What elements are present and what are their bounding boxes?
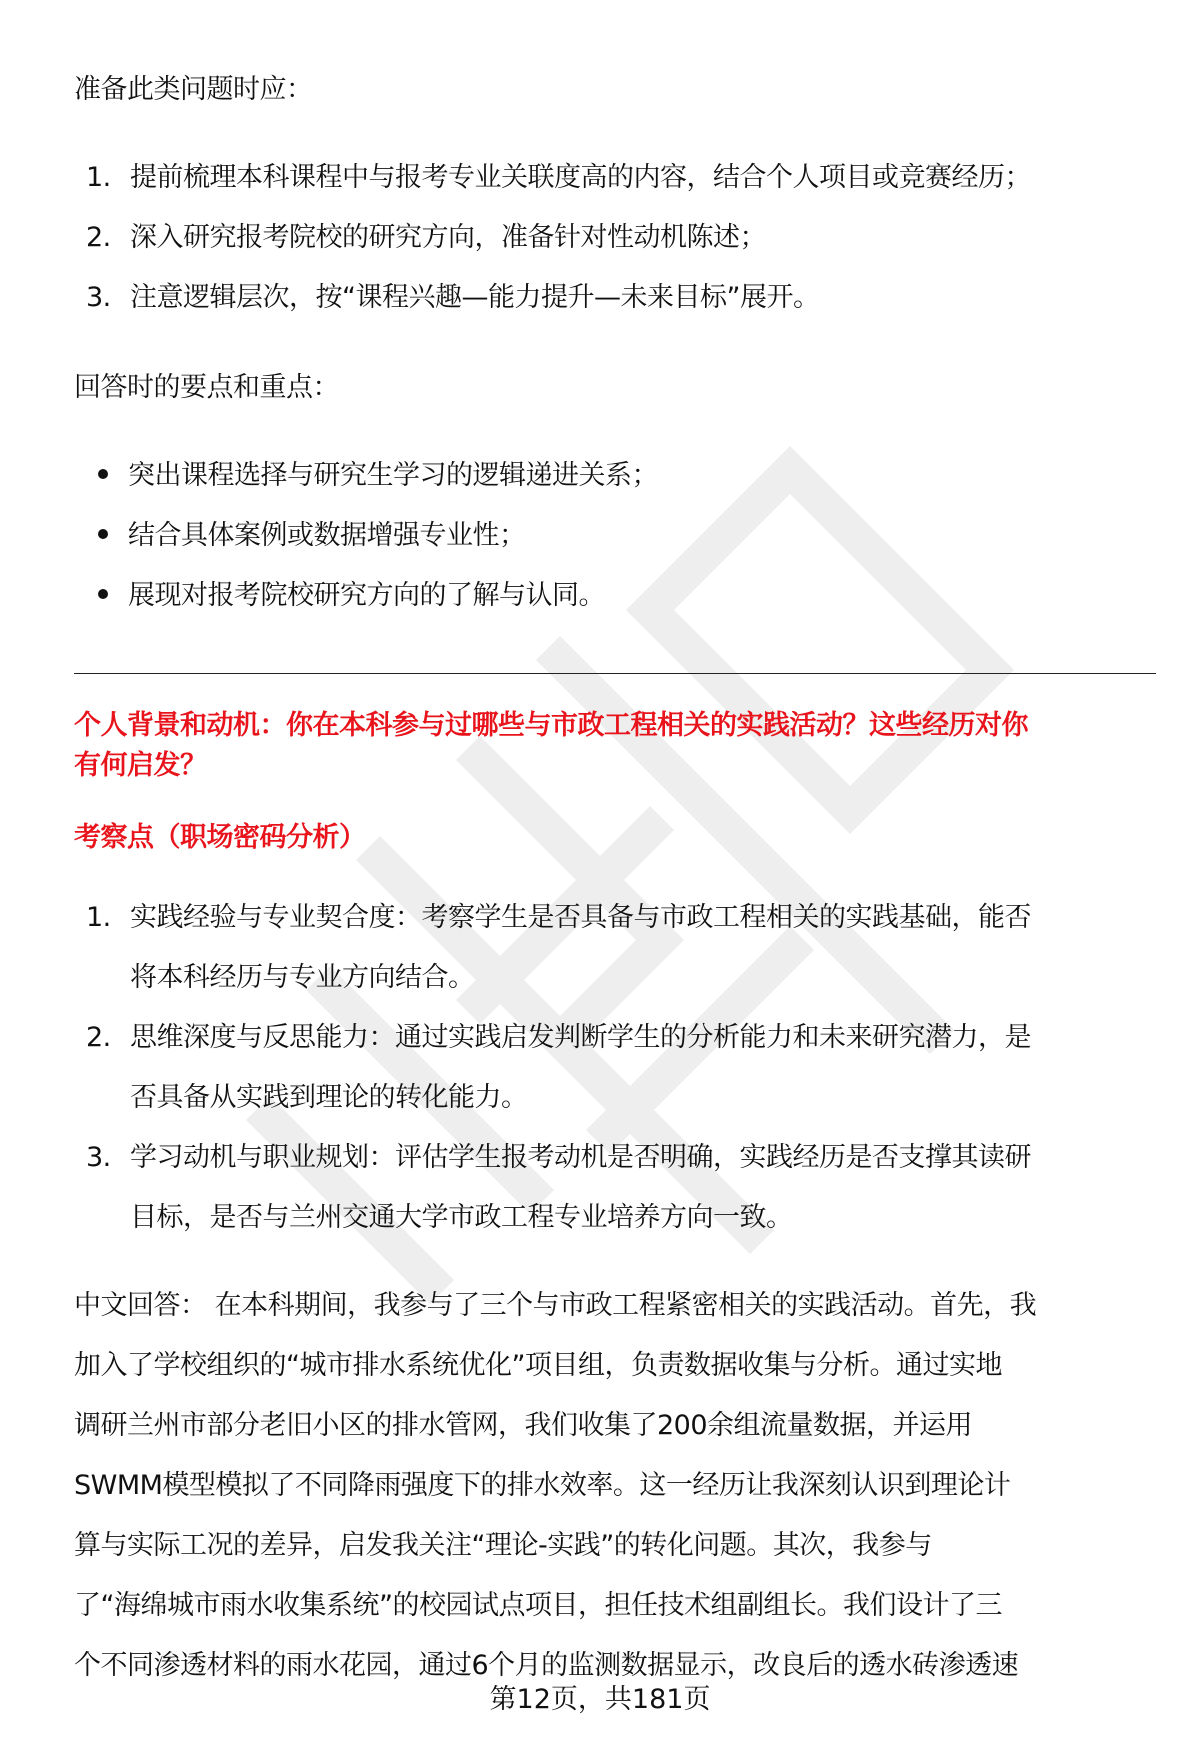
list-number: 3. — [86, 1128, 130, 1188]
section-divider — [74, 673, 1156, 674]
question-heading: 个人背景和动机：你在本科参与过哪些与市政工程相关的实践活动？这些经历对你 有何启… — [74, 706, 1028, 786]
prep-list-item: 1.提前梳理本科课程中与报考专业关联度高的内容，结合个人项目或竞赛经历； — [86, 148, 1031, 208]
question-line: 有何启发？ — [74, 746, 1028, 786]
keypoint-text: 结合具体案例或数据增强专业性； — [128, 520, 526, 551]
answer-line: 算与实际工况的差异，启发我关注“理论-实践”的转化问题。其次，我参与 — [74, 1516, 1036, 1576]
list-text: 提前梳理本科课程中与报考专业关联度高的内容，结合个人项目或竞赛经历； — [130, 148, 1031, 208]
answer-line: 中文回答： 在本科期间，我参与了三个与市政工程紧密相关的实践活动。首先，我 — [74, 1276, 1036, 1336]
examine-list-item: 2. 思维深度与反思能力：通过实践启发判断学生的分析能力和未来研究潜力，是 否具… — [86, 1008, 1031, 1128]
keypoints-label: 回答时的要点和重点： — [74, 358, 339, 418]
answer-paragraph: 中文回答： 在本科期间，我参与了三个与市政工程紧密相关的实践活动。首先，我 加入… — [74, 1276, 1036, 1696]
list-number: 3. — [86, 268, 130, 328]
prep-list-item: 2.深入研究报考院校的研究方向，准备针对性动机陈述； — [86, 208, 766, 268]
keypoint-text: 突出课程选择与研究生学习的逻辑递进关系； — [128, 460, 658, 491]
keypoint-item: 突出课程选择与研究生学习的逻辑递进关系； — [98, 446, 658, 506]
bullet-icon — [98, 469, 108, 479]
answer-line: 调研兰州市部分老旧小区的排水管网，我们收集了200余组流量数据，并运用 — [74, 1396, 1036, 1456]
list-text-line: 否具备从实践到理论的转化能力。 — [130, 1068, 1031, 1128]
page-indicator: 第12页，共181页 — [0, 1680, 1200, 1720]
list-text-line: 将本科经历与专业方向结合。 — [130, 948, 1031, 1008]
list-number: 1. — [86, 148, 130, 208]
list-number: 2. — [86, 208, 130, 268]
keypoint-item: 结合具体案例或数据增强专业性； — [98, 506, 526, 566]
examine-heading: 考察点（职场密码分析） — [74, 818, 366, 858]
bullet-icon — [98, 589, 108, 599]
answer-line: 了“海绵城市雨水收集系统”的校园试点项目，担任技术组副组长。我们设计了三 — [74, 1576, 1036, 1636]
list-text: 深入研究报考院校的研究方向，准备针对性动机陈述； — [130, 208, 766, 268]
list-text-line: 思维深度与反思能力：通过实践启发判断学生的分析能力和未来研究潜力，是 — [130, 1008, 1031, 1068]
examine-list-item: 3. 学习动机与职业规划：评估学生报考动机是否明确，实践经历是否支撑其读研 目标… — [86, 1128, 1031, 1248]
bullet-icon — [98, 529, 108, 539]
list-text-line: 实践经验与专业契合度：考察学生是否具备与市政工程相关的实践基础，能否 — [130, 888, 1031, 948]
answer-line: SWMM模型模拟了不同降雨强度下的排水效率。这一经历让我深刻认识到理论计 — [74, 1456, 1036, 1516]
list-number: 1. — [86, 888, 130, 948]
list-text: 注意逻辑层次，按“课程兴趣—能力提升—未来目标”展开。 — [130, 268, 819, 328]
question-line: 个人背景和动机：你在本科参与过哪些与市政工程相关的实践活动？这些经历对你 — [74, 706, 1028, 746]
keypoint-item: 展现对报考院校研究方向的了解与认同。 — [98, 566, 605, 626]
list-number: 2. — [86, 1008, 130, 1068]
answer-line: 加入了学校组织的“城市排水系统优化”项目组，负责数据收集与分析。通过实地 — [74, 1336, 1036, 1396]
prep-label: 准备此类问题时应： — [74, 60, 313, 120]
examine-list-item: 1. 实践经验与专业契合度：考察学生是否具备与市政工程相关的实践基础，能否 将本… — [86, 888, 1031, 1008]
list-text-line: 目标，是否与兰州交通大学市政工程专业培养方向一致。 — [130, 1188, 1031, 1248]
prep-list-item: 3.注意逻辑层次，按“课程兴趣—能力提升—未来目标”展开。 — [86, 268, 819, 328]
keypoint-text: 展现对报考院校研究方向的了解与认同。 — [128, 580, 605, 611]
list-text-line: 学习动机与职业规划：评估学生报考动机是否明确，实践经历是否支撑其读研 — [130, 1128, 1031, 1188]
